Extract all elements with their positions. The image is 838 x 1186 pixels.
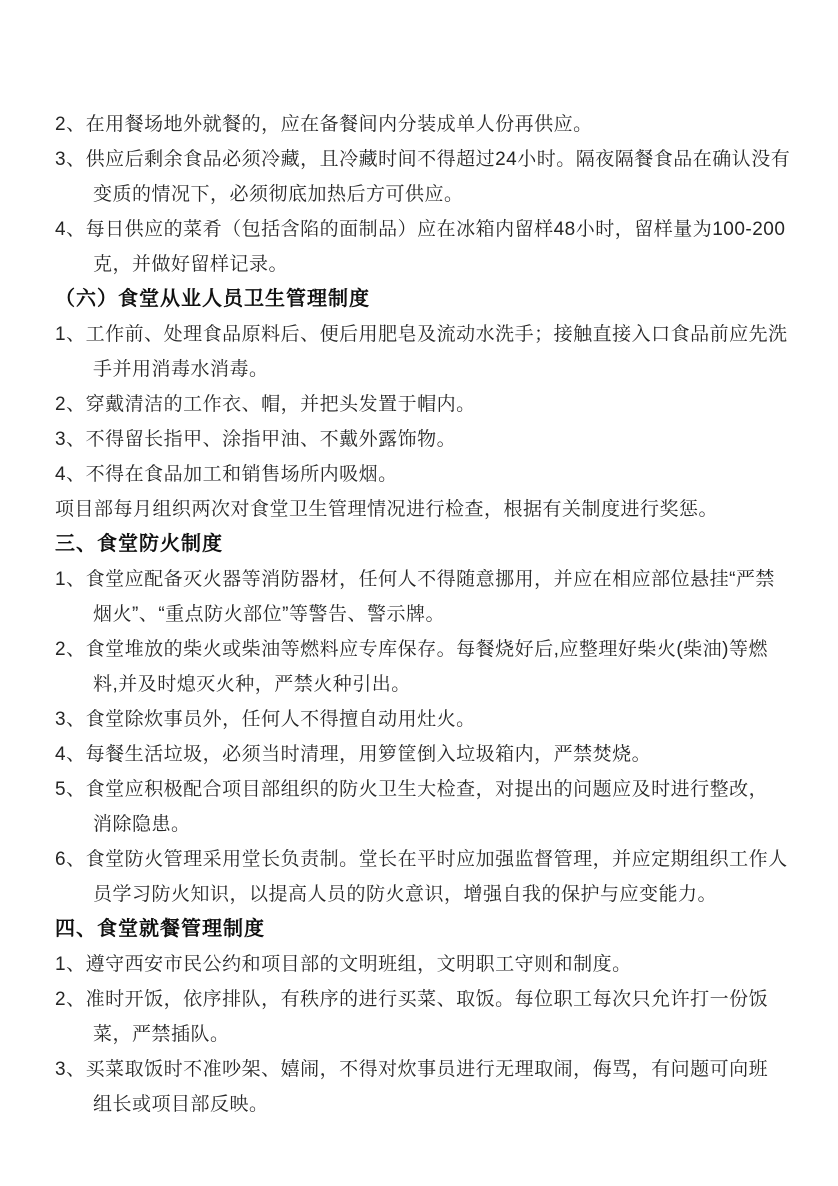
list-item: 3、不得留长指甲、涂指甲油、不戴外露饰物。 [55, 422, 788, 457]
document-line: 项目部每月组织两次对食堂卫生管理情况进行检查，根据有关制度进行奖惩。 [55, 492, 788, 527]
list-item: 4、不得在食品加工和销售场所内吸烟。 [55, 457, 788, 492]
document-line: 变质的情况下，必须彻底加热后方可供应。 [55, 177, 788, 212]
document-canvas: 2、在用餐场地外就餐的，应在备餐间内分装成单人份再供应。3、供应后剩余食品必须冷… [0, 0, 838, 1186]
document-line: 烟火”、“重点防火部位”等警告、警示牌。 [55, 597, 788, 632]
document-line: 3、食堂除炊事员外，任何人不得擅自动用灶火。 [55, 702, 788, 737]
list-item: 3、买菜取饭时不准吵架、嬉闹，不得对炊事员进行无理取闹，侮骂，有问题可向班组长或… [55, 1052, 788, 1122]
document-line: 2、穿戴清洁的工作衣、帽，并把头发置于帽内。 [55, 387, 788, 422]
document-line: 三、食堂防火制度 [55, 527, 788, 562]
document-line: 消除隐患。 [55, 807, 788, 842]
list-item: 4、每日供应的菜肴（包括含陷的面制品）应在冰箱内留样48小时，留样量为100-2… [55, 212, 788, 282]
document-line: 组长或项目部反映。 [55, 1087, 788, 1122]
document-line: 1、工作前、处理食品原料后、便后用肥皂及流动水洗手；接触直接入口食品前应先洗 [55, 317, 788, 352]
document-line: 3、不得留长指甲、涂指甲油、不戴外露饰物。 [55, 422, 788, 457]
list-item: 5、食堂应积极配合项目部组织的防火卫生大检查，对提出的问题应及时进行整改，消除隐… [55, 772, 788, 842]
document-line: 3、买菜取饭时不准吵架、嬉闹，不得对炊事员进行无理取闹，侮骂，有问题可向班 [55, 1052, 788, 1087]
document-line: 手并用消毒水消毒。 [55, 352, 788, 387]
section-heading: 三、食堂防火制度 [55, 527, 788, 562]
document-line: 员学习防火知识，以提高人员的防火意识，增强自我的保护与应变能力。 [55, 877, 788, 912]
document-line: 4、每日供应的菜肴（包括含陷的面制品）应在冰箱内留样48小时，留样量为100-2… [55, 212, 788, 247]
document-line: 5、食堂应积极配合项目部组织的防火卫生大检查，对提出的问题应及时进行整改， [55, 772, 788, 807]
list-item: 3、供应后剩余食品必须冷藏，且冷藏时间不得超过24小时。隔夜隔餐食品在确认没有变… [55, 142, 788, 212]
document-line: 1、食堂应配备灭火器等消防器材，任何人不得随意挪用，并应在相应部位悬挂“严禁 [55, 562, 788, 597]
document-line: （六）食堂从业人员卫生管理制度 [55, 282, 788, 317]
list-item: 2、穿戴清洁的工作衣、帽，并把头发置于帽内。 [55, 387, 788, 422]
document-line: 4、不得在食品加工和销售场所内吸烟。 [55, 457, 788, 492]
list-item: 3、食堂除炊事员外，任何人不得擅自动用灶火。 [55, 702, 788, 737]
document-line: 2、准时开饭，依序排队，有秩序的进行买菜、取饭。每位职工每次只允许打一份饭 [55, 982, 788, 1017]
paragraph: 项目部每月组织两次对食堂卫生管理情况进行检查，根据有关制度进行奖惩。 [55, 492, 788, 527]
document-line: 1、遵守西安市民公约和项目部的文明班组，文明职工守则和制度。 [55, 947, 788, 982]
document-line: 4、每餐生活垃圾，必须当时清理，用箩筐倒入垃圾箱内，严禁焚烧。 [55, 737, 788, 772]
list-item: 2、准时开饭，依序排队，有秩序的进行买菜、取饭。每位职工每次只允许打一份饭菜，严… [55, 982, 788, 1052]
list-item: 6、食堂防火管理采用堂长负责制。堂长在平时应加强监督管理，并应定期组织工作人员学… [55, 842, 788, 912]
list-item: 4、每餐生活垃圾，必须当时清理，用箩筐倒入垃圾箱内，严禁焚烧。 [55, 737, 788, 772]
section-heading: 四、食堂就餐管理制度 [55, 912, 788, 947]
document-line: 3、供应后剩余食品必须冷藏，且冷藏时间不得超过24小时。隔夜隔餐食品在确认没有 [55, 142, 788, 177]
document-line: 6、食堂防火管理采用堂长负责制。堂长在平时应加强监督管理，并应定期组织工作人 [55, 842, 788, 877]
document-line: 2、在用餐场地外就餐的，应在备餐间内分装成单人份再供应。 [55, 107, 788, 142]
document-line: 四、食堂就餐管理制度 [55, 912, 788, 947]
document-line: 菜，严禁插队。 [55, 1017, 788, 1052]
document-line: 料,并及时熄灭火种，严禁火种引出。 [55, 667, 788, 702]
list-item: 1、遵守西安市民公约和项目部的文明班组，文明职工守则和制度。 [55, 947, 788, 982]
document-line: 克，并做好留样记录。 [55, 247, 788, 282]
list-item: 1、工作前、处理食品原料后、便后用肥皂及流动水洗手；接触直接入口食品前应先洗手并… [55, 317, 788, 387]
section-heading: （六）食堂从业人员卫生管理制度 [55, 282, 788, 317]
list-item: 2、食堂堆放的柴火或柴油等燃料应专库保存。每餐烧好后,应整理好柴火(柴油)等燃料… [55, 632, 788, 702]
list-item: 2、在用餐场地外就餐的，应在备餐间内分装成单人份再供应。 [55, 107, 788, 142]
document-page: { "page": { "background": "#ffffff", "te… [0, 0, 838, 1186]
document-line: 2、食堂堆放的柴火或柴油等燃料应专库保存。每餐烧好后,应整理好柴火(柴油)等燃 [55, 632, 788, 667]
list-item: 1、食堂应配备灭火器等消防器材，任何人不得随意挪用，并应在相应部位悬挂“严禁烟火… [55, 562, 788, 632]
